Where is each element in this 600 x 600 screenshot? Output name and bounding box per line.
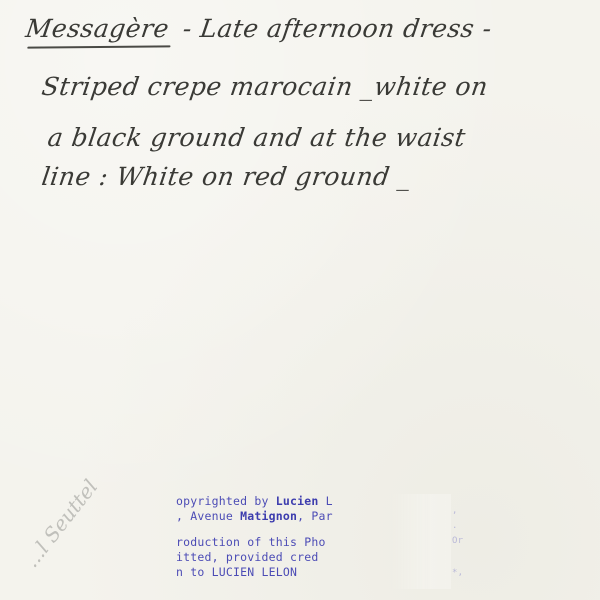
stamp-faded-edge (391, 494, 451, 589)
stamp-speck: , . (452, 504, 458, 534)
stamp-reproduction-notice: roduction of this Pho itted, provided cr… (176, 535, 333, 580)
handwriting-line-3: a black ground and at the waist (46, 123, 468, 152)
handwriting-line-4: line : White on red ground _ (40, 162, 413, 191)
stamp-speck: Or (452, 534, 463, 549)
stamp-line-4: itted, provided cred (176, 550, 333, 565)
dress-title: Messagère (24, 14, 171, 43)
handwriting-line-2: Striped crepe marocain _white on (40, 72, 490, 101)
stamp-line-5: n to LUCIEN LELON (176, 565, 333, 580)
stamp-line-2: , Avenue Matignon, Par (176, 509, 333, 524)
handwriting-line-1: Messagère- Late afternoon dress - (24, 14, 494, 43)
stamp-line-3: roduction of this Pho (176, 535, 333, 550)
stamp-line-1: opyrighted by Lucien L (176, 494, 333, 509)
dress-description: - Late afternoon dress - (181, 14, 494, 43)
stamp-speck: *, (452, 566, 463, 581)
copyright-stamp: opyrighted by Lucien L , Avenue Matignon… (176, 494, 333, 580)
